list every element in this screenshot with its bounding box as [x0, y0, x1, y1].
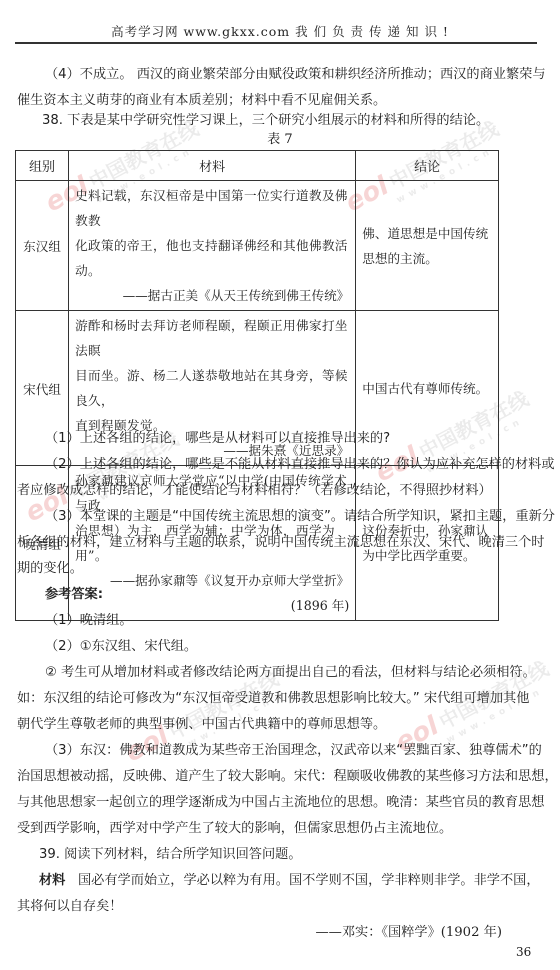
page-number: 36 [516, 945, 531, 959]
answer-2-1: （2）①东汉组、宋代组。 [17, 634, 542, 660]
header-material: 材料 [69, 151, 356, 181]
answer-3-line4: 受到西学影响，西学对中学产生了较大的影响，但儒家思想仍占主流地位。 [17, 816, 542, 842]
question-39-prompt: 39. 阅读下列材料，结合所学知识回答问题。 [17, 842, 542, 868]
group-cell: 东汉组 [16, 181, 69, 311]
table-caption: 表 7 [0, 128, 560, 147]
material-cell: 史料记载，东汉桓帝是中国第一位实行道教及佛教教 化政策的帝王，他也支持翻译佛经和… [69, 181, 356, 311]
header-group: 组别 [16, 151, 69, 181]
question-39-material-line1: 材料 国必有学而始立，学必以粹为有用。国不学则不国，学非粹则非学。非学不国， [17, 868, 542, 894]
question-38-1: （1）上述各组的结论，哪些是从材料可以直接推导出来的? [17, 426, 542, 452]
question-38-2-line1: （2）上述各组的结论，哪些是不能从材料直接推导出来的？你认为应补充怎样的材料或 [17, 452, 542, 478]
conclusion-line: 中国古代有尊师传统。 [362, 376, 492, 401]
page-header: 高考学习网 www.gkxx.com 我 们 负 责 传 递 知 识 ! [0, 22, 560, 40]
question-38-3-line3: 期的变化。 [17, 556, 542, 582]
material-label: 材料 [39, 873, 65, 888]
material-text: 国必有学而始立，学必以粹为有用。国不学则不国，学非粹则非学。非学不国， [78, 873, 540, 888]
answer-1: （1）晚清组。 [17, 608, 542, 634]
material-source: ——据古正美《从天王传统到佛王传统》 [75, 283, 349, 308]
header-conclusion: 结论 [356, 151, 499, 181]
header-divider [15, 42, 537, 44]
conclusion-line: 佛、道思想是中国传统 [362, 221, 492, 246]
answer-3-line1: （3）东汉：佛教和道教成为某些帝王治国理念，汉武帝以来“罢黜百家、独尊儒术”的 [17, 738, 542, 764]
material-line: 化政策的帝王，他也支持翻译佛经和其他佛教活动。 [75, 233, 349, 283]
conclusion-cell: 佛、道思想是中国传统 思想的主流。 [356, 181, 499, 311]
conclusion-line: 思想的主流。 [362, 246, 492, 271]
answer-3-line2: 治国思想被动摇，反映佛、道产生了较大影响。宋代：程颐吸收佛教的某些修习方法和思想… [17, 764, 542, 790]
question-39-source: ——邓实：《国粹学》(1902 年) [17, 920, 502, 946]
question-38-3-line1: （3）本堂课的主题是“中国传统主流思想的演变”。请结合所学知识，紧扣主题，重新分 [17, 504, 542, 530]
question-39-material-line2: 其将何以自存矣！ [17, 894, 542, 920]
answer-2-2-line2: 如：东汉组的结论可修改为“东汉恒帝受道教和佛教思想影响比较大。” 宋代组可增加其… [17, 686, 542, 712]
answer-2-2-line1: ② 考生可从增加材料或者修改结论两方面提出自己的看法，但材料与结论必须相符。 [17, 660, 542, 686]
table-row: 东汉组 史料记载，东汉桓帝是中国第一位实行道教及佛教教 化政策的帝王，他也支持翻… [16, 181, 499, 311]
paragraph-answer-4-line1: （4）不成立。 西汉的商业繁荣部分由赋役政策和耕织经济所推动；西汉的商业繁荣与 [17, 62, 542, 88]
reference-answer-title: 参考答案: [17, 582, 542, 608]
table-header-row: 组别 材料 结论 [16, 151, 499, 181]
material-line: 目而坐。游、杨二人遂恭敬地站在其身旁，等候良久， [75, 363, 349, 413]
material-line: 游酢和杨时去拜访老师程颐，程颐正用佛家打坐法瞑 [75, 313, 349, 363]
question-38-3-line2: 析各组的材料，建立材料与主题的联系，说明中国传统主流思想在东汉、宋代、晚清三个时 [17, 530, 542, 556]
material-line: 史料记载，东汉桓帝是中国第一位实行道教及佛教教 [75, 183, 349, 233]
answer-2-2-line3: 朝代学生尊敬老师的典型事例、中国古代典籍中的尊师思想等。 [17, 712, 542, 738]
question-38-2-line2: 者应修改成怎样的结论，才能使结论与材料相符？（若修改结论，不得照抄材料） [17, 478, 542, 504]
answer-3-line3: 与其他思想家一起创立的理学逐渐成为中国占主流地位的思想。晚清：某些官员的教育思想 [17, 790, 542, 816]
